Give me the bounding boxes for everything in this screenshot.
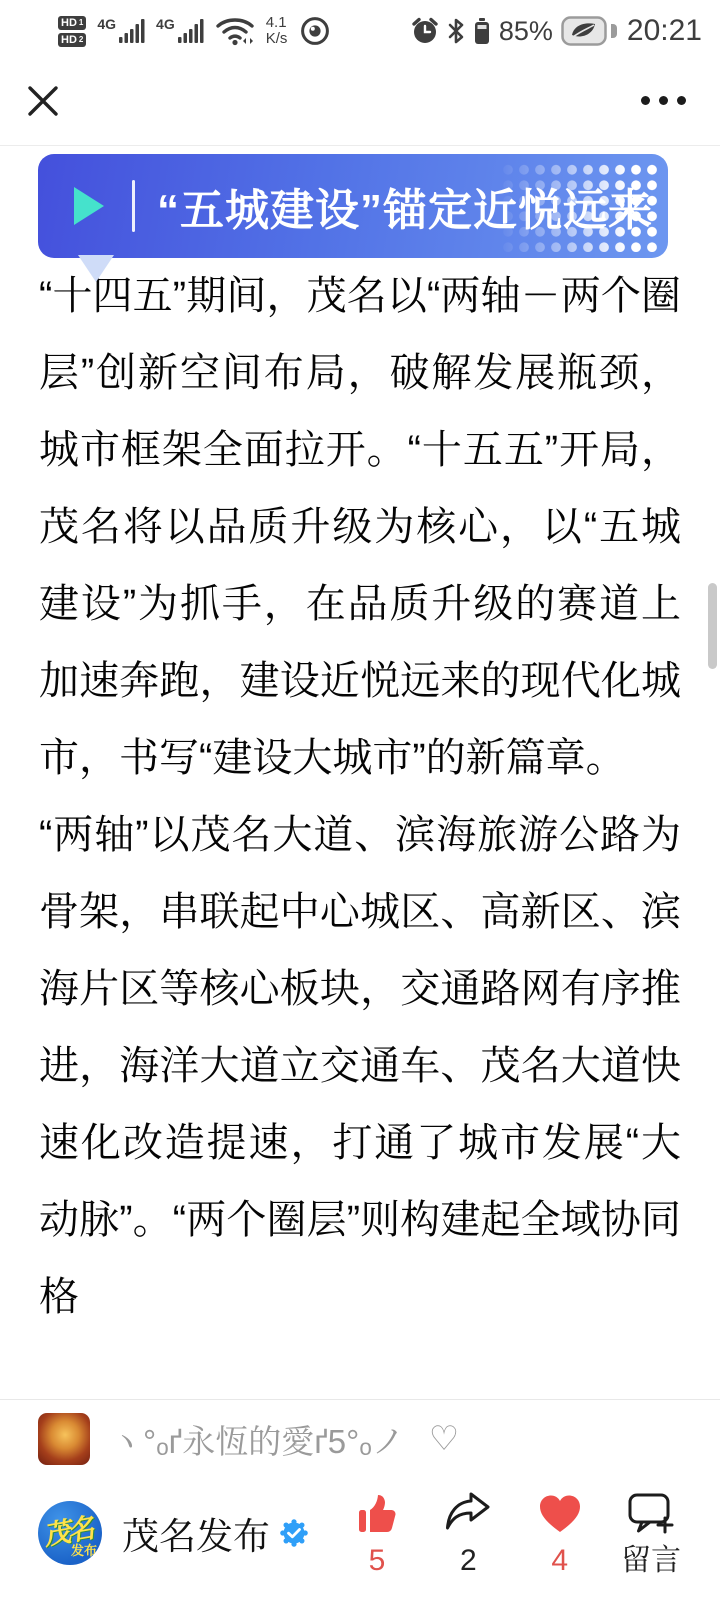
article-text: “十四五”期间，茂名以“两轴－两个圈层”创新空间布局，破解发展瓶颈，城市框架全面… — [0, 258, 720, 1336]
status-right-cluster: 85% 20:21 — [411, 14, 702, 48]
like-button[interactable]: 5 — [344, 1490, 410, 1576]
play-triangle-icon — [74, 187, 104, 225]
status-bar: HD1 HD2 4G 4G — [0, 0, 720, 56]
comment-label: 留言 — [621, 1545, 681, 1576]
like-count: 5 — [369, 1545, 386, 1576]
paragraph: “两轴”以茂名大道、滨海旅游公路为骨架，串联起中心城区、高新区、滨海片区等核心板… — [39, 797, 681, 1336]
bluetooth-icon — [447, 17, 465, 45]
signal-bars-icon — [119, 19, 145, 43]
publisher[interactable]: 茂名 发布 茂名发布 — [38, 1501, 308, 1565]
thumb-up-icon — [353, 1490, 401, 1538]
status-left-cluster: HD1 HD2 4G 4G — [58, 15, 332, 47]
network-speed: 4.1 K/s — [266, 15, 288, 47]
wifi-icon — [215, 15, 255, 47]
power-save-battery-icon — [561, 16, 617, 46]
share-arrow-icon — [443, 1490, 493, 1538]
share-button[interactable]: 2 — [435, 1490, 501, 1576]
publisher-name: 茂名发布 — [122, 1506, 270, 1560]
paragraph: “十四五”期间，茂名以“两轴－两个圈层”创新空间布局，破解发展瓶颈，城市框架全面… — [39, 258, 681, 797]
featured-comment-row[interactable]: ヽ°ₒґ永恆的愛ґ5°ₒノ ♡ — [0, 1399, 720, 1476]
comment-bubble-icon — [626, 1490, 676, 1538]
verified-badge-icon — [280, 1519, 308, 1547]
bottom-bar: ヽ°ₒґ永恆的愛ґ5°ₒノ ♡ 茂名 发布 茂名发布 — [0, 1399, 720, 1600]
action-bar: 茂名 发布 茂名发布 — [0, 1476, 720, 1600]
share-count: 2 — [460, 1545, 477, 1576]
hd-sim1-icon: HD1 — [58, 16, 86, 30]
action-buttons: 5 2 4 — [344, 1490, 684, 1576]
comment-button[interactable]: 留言 — [618, 1490, 684, 1576]
heart-outline-icon[interactable]: ♡ — [429, 1419, 459, 1459]
device-battery-icon — [473, 17, 491, 45]
navbar — [0, 56, 720, 146]
signal-sim1: 4G — [97, 19, 145, 43]
phone-screen: HD1 HD2 4G 4G — [0, 0, 720, 1600]
more-menu-icon[interactable] — [637, 86, 690, 115]
hd-sim2-icon: HD2 — [58, 33, 86, 47]
close-icon[interactable] — [26, 84, 60, 118]
signal-bars-icon — [178, 19, 204, 43]
scrollbar[interactable] — [708, 583, 717, 669]
clock-time: 20:21 — [627, 14, 702, 48]
commenter-avatar[interactable] — [38, 1413, 90, 1465]
heart-icon — [536, 1490, 584, 1538]
battery-percent: 85% — [499, 16, 553, 47]
hd-volte-icons: HD1 HD2 — [58, 16, 86, 47]
banner-pointer-icon — [78, 255, 114, 282]
commenter-name: ヽ°ₒґ永恆的愛ґ5°ₒノ — [110, 1416, 405, 1463]
eye-comfort-icon — [298, 16, 332, 46]
article-banner: “五城建设”锚定近悦远来 — [38, 154, 668, 258]
dots-pattern-icon — [497, 160, 662, 252]
banner-divider — [132, 180, 135, 232]
alarm-icon — [411, 17, 439, 45]
article-body: “五城建设”锚定近悦远来 “十四五”期间，茂名以“两轴－两个圈层”创新空间布局，… — [0, 154, 720, 1336]
heart-button[interactable]: 4 — [527, 1490, 593, 1576]
publisher-avatar[interactable]: 茂名 发布 — [38, 1501, 102, 1565]
signal-sim2: 4G — [156, 19, 204, 43]
heart-count: 4 — [551, 1545, 568, 1576]
banner-card: “五城建设”锚定近悦远来 — [38, 154, 668, 258]
